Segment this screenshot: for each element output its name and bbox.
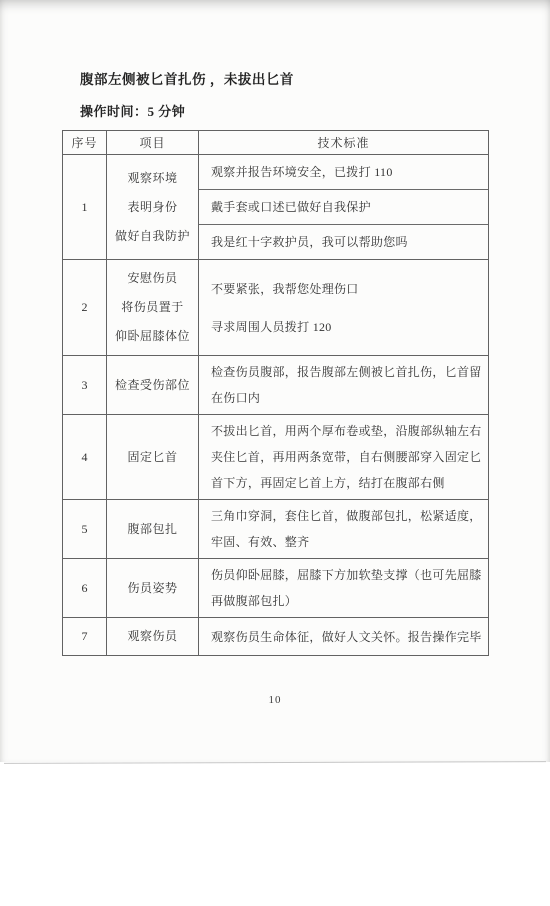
header-no: 序号: [63, 131, 107, 155]
row-item-cell: 固定匕首: [107, 415, 199, 500]
row-number-cell: 3: [63, 356, 107, 415]
item-line: 安慰伤员: [109, 264, 196, 293]
row-number-cell: 4: [63, 415, 107, 500]
operation-time-label: 操作时间：5 分钟: [80, 101, 488, 120]
row-item-cell: 伤员姿势: [107, 559, 199, 618]
standard-text: 检查伤员腹部，报告腹部左侧被匕首扎伤，匕首留在伤口内: [199, 356, 488, 414]
row-item-cell: 检查受伤部位: [107, 356, 199, 415]
standard-text: 寻求周围人员拨打 120: [199, 311, 488, 343]
standard-text: 不拔出匕首，用两个厚布卷或垫，沿腹部纵轴左右夹住匕首，再用两条宽带，自右侧腰部穿…: [199, 415, 488, 499]
row-number-cell: 6: [63, 559, 107, 618]
table-row: 1 观察环境表明身份做好自我防护 观察并报告环境安全，已拨打 110戴手套或口述…: [63, 155, 489, 260]
row-standards-cell: 三角巾穿洞，套住匕首，做腹部包扎，松紧适度，牢固、有效、整齐: [199, 500, 489, 559]
item-line: 仰卧屈膝体位: [109, 322, 196, 351]
row-standards-cell: 不拔出匕首，用两个厚布卷或垫，沿腹部纵轴左右夹住匕首，再用两条宽带，自右侧腰部穿…: [199, 415, 489, 500]
item-line: 观察伤员: [109, 622, 196, 651]
row-number-cell: 1: [63, 155, 107, 260]
item-line: 做好自我防护: [109, 222, 196, 251]
document-content: 腹部左侧被匕首扎伤 ，未拔出匕首 操作时间：5 分钟 序号 项目 技术标准 1 …: [0, 0, 550, 656]
item-line: 检查受伤部位: [109, 371, 196, 400]
row-number-cell: 7: [63, 618, 107, 656]
item-line: 固定匕首: [109, 443, 196, 472]
table-row: 2 安慰伤员将伤员置于仰卧屈膝体位 不要紧张，我帮您处理伤口寻求周围人员拨打 1…: [63, 260, 489, 356]
table-row: 4 固定匕首 不拔出匕首，用两个厚布卷或垫，沿腹部纵轴左右夹住匕首，再用两条宽带…: [63, 415, 489, 500]
row-standards-cell: 伤员仰卧屈膝，屈膝下方加软垫支撑（也可先屈膝再做腹部包扎）: [199, 559, 489, 618]
header-item: 项目: [107, 131, 199, 155]
table-row: 5 腹部包扎 三角巾穿洞，套住匕首，做腹部包扎，松紧适度，牢固、有效、整齐: [63, 500, 489, 559]
item-line: 表明身份: [109, 193, 196, 222]
row-item-cell: 观察环境表明身份做好自我防护: [107, 155, 199, 260]
header-row: 序号 项目 技术标准: [63, 131, 489, 155]
item-line: 将伤员置于: [109, 293, 196, 322]
item-line: 伤员姿势: [109, 574, 196, 603]
item-line: 腹部包扎: [109, 515, 196, 544]
table-row: 7 观察伤员 观察伤员生命体征，做好人文关怀。报告操作完毕: [63, 618, 489, 656]
standard-text: 三角巾穿洞，套住匕首，做腹部包扎，松紧适度，牢固、有效、整齐: [199, 500, 488, 558]
table-body: 1 观察环境表明身份做好自我防护 观察并报告环境安全，已拨打 110戴手套或口述…: [63, 155, 489, 656]
row-number-cell: 5: [63, 500, 107, 559]
row-standards-cell: 观察伤员生命体征，做好人文关怀。报告操作完毕: [199, 618, 489, 656]
row-number-cell: 2: [63, 260, 107, 356]
standard-text: 观察并报告环境安全，已拨打 110: [199, 155, 488, 189]
row-item-cell: 腹部包扎: [107, 500, 199, 559]
row-item-cell: 观察伤员: [107, 618, 199, 656]
row-standards-cell: 不要紧张，我帮您处理伤口寻求周围人员拨打 120: [199, 260, 489, 356]
row-standards-cell: 观察并报告环境安全，已拨打 110戴手套或口述已做好自我保护我是红十字救护员，我…: [199, 155, 489, 260]
standard-text: 观察伤员生命体征，做好人文关怀。报告操作完毕: [199, 621, 488, 653]
standard-text: 戴手套或口述已做好自我保护: [199, 189, 488, 224]
row-standards-cell: 检查伤员腹部，报告腹部左侧被匕首扎伤，匕首留在伤口内: [199, 356, 489, 415]
row-item-cell: 安慰伤员将伤员置于仰卧屈膝体位: [107, 260, 199, 356]
table-header: 序号 项目 技术标准: [63, 131, 489, 155]
header-standard: 技术标准: [199, 131, 489, 155]
page-number: 10: [0, 694, 550, 706]
assessment-table: 序号 项目 技术标准 1 观察环境表明身份做好自我防护 观察并报告环境安全，已拨…: [62, 130, 489, 656]
standard-text: 伤员仰卧屈膝，屈膝下方加软垫支撑（也可先屈膝再做腹部包扎）: [199, 559, 488, 617]
table-row: 6 伤员姿势 伤员仰卧屈膝，屈膝下方加软垫支撑（也可先屈膝再做腹部包扎）: [63, 559, 489, 618]
standard-text: 不要紧张，我帮您处理伤口: [199, 273, 488, 305]
item-line: 观察环境: [109, 164, 196, 193]
table-row: 3 检查受伤部位 检查伤员腹部，报告腹部左侧被匕首扎伤，匕首留在伤口内: [63, 356, 489, 415]
document-title: 腹部左侧被匕首扎伤 ，未拔出匕首: [80, 68, 488, 88]
standard-text: 我是红十字救护员，我可以帮助您吗: [199, 224, 488, 259]
